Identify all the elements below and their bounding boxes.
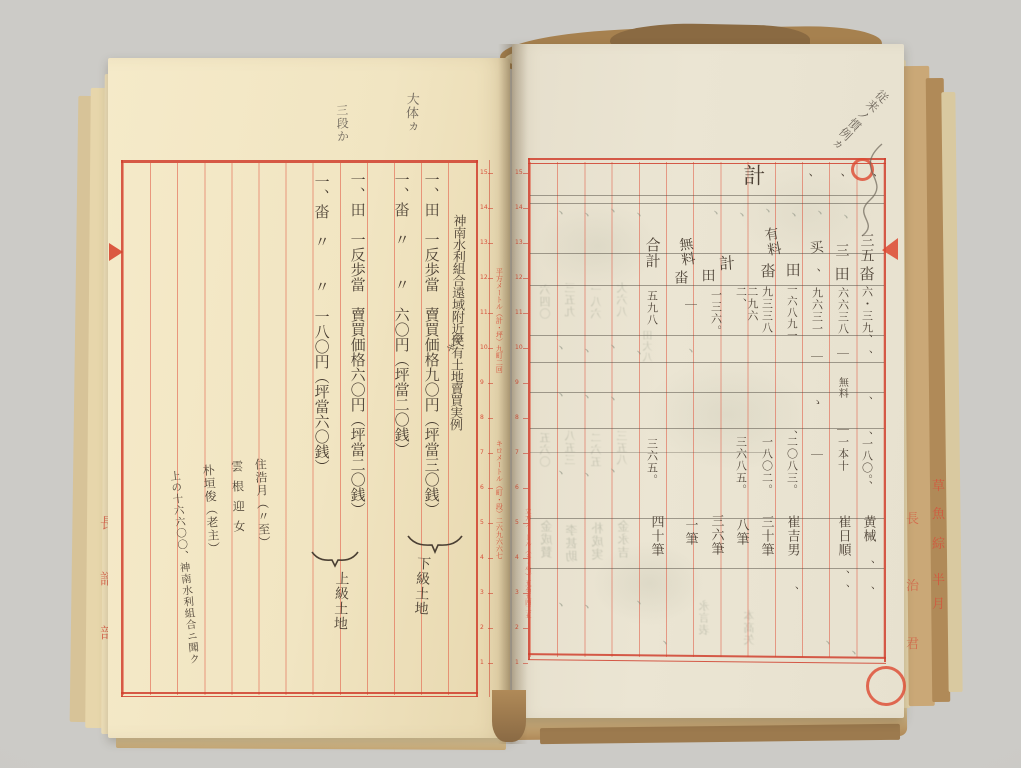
bleed-through-text: 本高矢 [745,610,756,654]
handwritten-cell: 、 [837,584,848,596]
photograph-of-ledger-book: 長諮部 草魚綜半月長治君 151413121110987654321 大体ヵ 三… [0,0,1021,768]
handwritten-cell: 、 [786,586,797,598]
stray-mark: 、 [830,214,847,231]
handwritten-cell: ゝ [810,396,821,408]
handwritten-cell: 一筆 [684,518,698,554]
bleed-through-text: 六四〇 [541,284,552,328]
handwritten-cell: 九三三八 [760,286,771,338]
handwritten-cell: ｜ [836,347,848,360]
handwritten-cell: 一八〇二。 [760,436,771,496]
handwritten-cell: 、 [860,396,871,408]
stray-mark: 、 [571,472,588,489]
handwritten-cell: 田 [699,268,714,283]
handwritten-cell: ｜ [810,448,822,461]
handwritten-cell: 畓 [857,266,873,282]
handwritten-cell: 五九八 [645,290,656,332]
stray-mark: 、 [571,348,588,365]
stray-mark: 、 [597,208,614,225]
stray-mark: 、 [571,394,588,411]
stray-mark: 、 [545,345,562,362]
stray-mark: 、 [545,392,562,409]
handwritten-cell: 計 [741,164,764,204]
stray-mark: 、 [545,210,562,227]
stray-mark: 、 [545,602,562,619]
handwritten-cell: 、 [862,560,873,572]
handwritten-cell: 一六八九一 [785,284,796,342]
handwritten-cell: 田 [783,262,799,278]
stray-mark: 、 [700,210,717,227]
bleed-through-text: 朴成実 [592,522,604,570]
stray-mark: 、 [597,344,614,361]
stray-mark: 、 [597,468,614,485]
handwritten-cell: 买 [806,239,822,255]
gutter-shadow [498,44,528,744]
bleed-through-text: 三五九 [566,282,577,326]
handwritten-cell: 三 [833,243,848,258]
handwritten-cell: 六・三九、 [860,286,871,346]
bleed-through-text: 田大八 [645,330,655,368]
stray-mark: 、 [623,212,640,229]
handwritten-cell: 、 [808,268,820,281]
stray-mark: 、 [571,604,588,621]
stray-mark: 、 [838,650,855,667]
handwritten-cell: 一三六。 [709,289,720,337]
bleed-through-text: 一八六 [592,284,603,328]
bleed-through-text: 金成賛 [541,520,553,568]
handwritten-cell: 九六三一 [810,287,821,339]
stray-mark: 、 [752,208,769,225]
handwritten-cell: 三六五。 [645,438,656,490]
handwritten-cell: 一八〇。、 [860,438,871,500]
handwritten-cell: ｜ [810,350,822,363]
stray-mark: 、 [778,212,795,229]
stray-mark: 、 [597,396,614,413]
handwritten-cell: 、 [837,570,848,582]
handwritten-cell: 計 [715,254,733,272]
handwritten-cell: 三六八五。 [734,436,745,496]
stray-mark: 、 [623,600,640,617]
handwritten-cell: 、 [864,173,876,186]
handwritten-cell: 黄械 [862,515,876,553]
handwritten-cell: 畓 [672,270,687,285]
handwritten-cell: 崔日順 [837,515,851,565]
handwritten-cell: 崔吉男 [786,515,800,565]
handwritten-cell: 、 [862,586,873,598]
handwritten-cell: 無料 [836,377,846,403]
bleed-through-text: 金永吉 [618,520,630,568]
stray-mark: 、 [726,212,743,229]
handwritten-cell: 三六筆 [710,514,724,564]
handwritten-cell: 二九六二、 [734,286,757,344]
handwritten-cell: 四十筆 [650,515,664,565]
handwritten-cell: 八筆 [735,518,749,554]
handwritten-cell: 、 [860,350,871,362]
bleed-through-text: 大六八 [618,282,629,326]
handwritten-cell: 田 [832,266,848,282]
handwritten-cell: ｜ [836,423,848,436]
handwritten-cell: 、 [800,173,812,186]
handwritten-cell: 三五 [858,233,873,267]
stray-mark: 、 [545,470,562,487]
stray-mark: 、 [623,350,640,367]
stray-mark: 、 [804,210,821,227]
stray-mark: 、 [571,212,588,229]
handwritten-cell: 有料 [761,226,781,262]
bleed-through-text: 永言表 [700,600,711,644]
stray-mark: 、 [812,640,829,657]
stray-mark: 、 [649,640,666,657]
handwritten-cell: 二〇八三。 [785,436,796,496]
handwritten-cell: 畓 [758,263,774,279]
handwritten-cell: 三十筆 [760,515,774,565]
handwritten-cell: 六六三八 [836,287,847,339]
handwritten-cell: ｜ [684,298,696,311]
handwritten-cell: 合計 [643,237,659,273]
stray-mark: 、 [675,348,692,365]
handwritten-cell: 、 [832,173,844,186]
bleed-through-text: 三五八 [618,430,629,474]
gutter-spine-bottom [492,690,526,742]
bleed-through-text: 李甚助 [566,524,578,572]
bleed-through-text: 八五三 [566,430,577,474]
handwritten-cell: 無料 [676,236,695,270]
handwritten-cell: 一本十 [836,436,847,491]
